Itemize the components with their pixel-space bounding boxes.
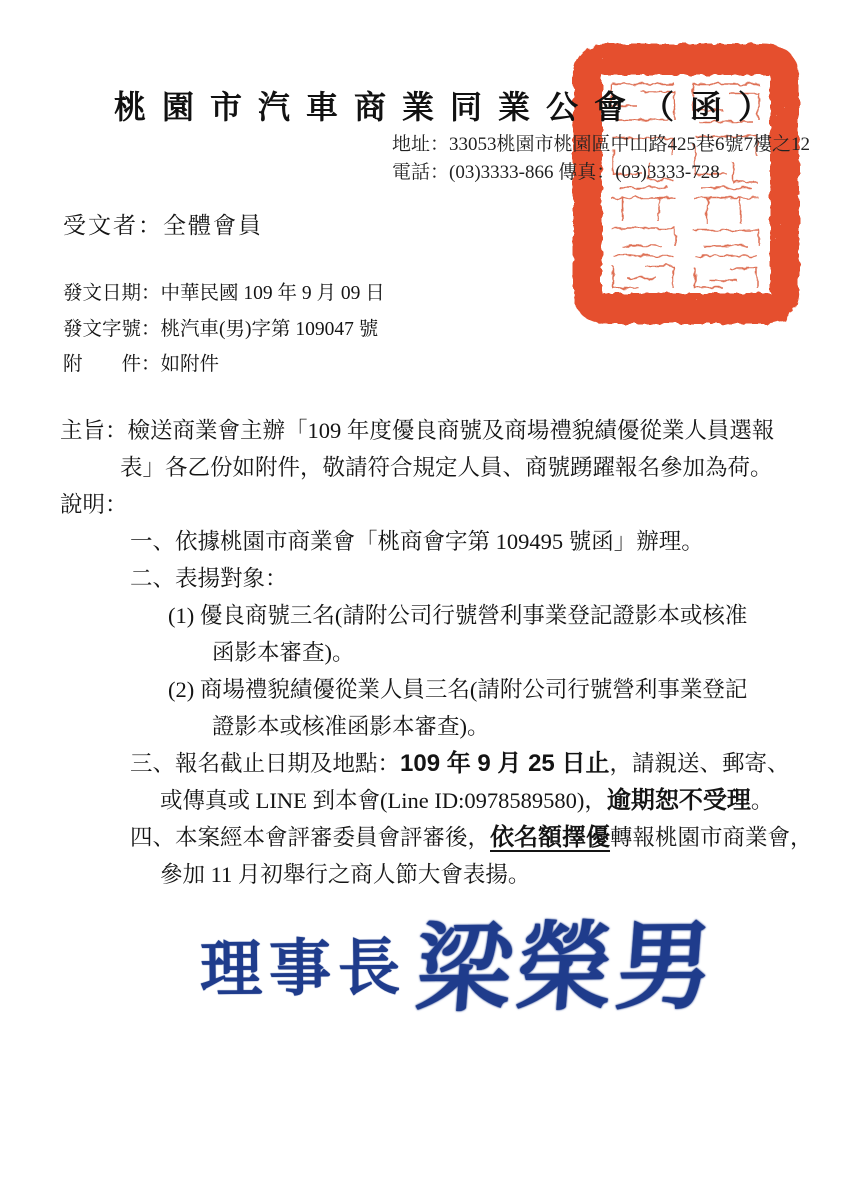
- emphasis-text: 109 年 9 月 25 日止: [400, 750, 609, 777]
- body-text: 參加 11 月初舉行之商人節大會表揚。: [160, 862, 530, 887]
- body-text: 三、報名截止日期及地點：: [130, 751, 400, 776]
- phone-fax-line: 電話：(03)3333-866 傳真：(03)3333-728: [392, 159, 810, 187]
- recipient-line: 受文者：全體會員: [63, 207, 263, 240]
- body-line: 一、依據桃園市商業會「桃商會字第 109495 號函」辦理。: [130, 523, 849, 560]
- body-line: (1) 優良商號三名(請附公司行號營利事業登記證影本或核准: [168, 597, 849, 634]
- body-line: 四、本案經本會評審委員會評審後，依名額擇優轉報桃園市商業會，: [130, 819, 849, 856]
- body-text: 證影本或核准函影本審查)。: [212, 714, 490, 739]
- body-line: (2) 商場禮貌績優從業人員三名(請附公司行號營利事業登記: [168, 671, 849, 708]
- body-line: 函影本審查)。: [212, 634, 849, 671]
- address-line: 地址：33053桃園市桃園區中山路425巷6號7樓之12: [392, 131, 810, 159]
- body-line: 三、報名截止日期及地點：109 年 9 月 25 日止，請親送、郵寄、: [130, 745, 849, 782]
- letter-body: 主旨：檢送商業會主辦「109 年度優良商號及商場禮貌績優從業人員選報表」各乙份如…: [0, 412, 849, 893]
- body-text: 說明：: [60, 492, 128, 517]
- emphasis-text: 依名額擇優: [490, 824, 610, 851]
- body-text: 主旨：檢送商業會主辦「109 年度優良商號及商場禮貌績優從業人員選報: [60, 418, 774, 443]
- meta-block: 發文日期：中華民國 109 年 9 月 09 日 發文字號：桃汽車(男)字第 1…: [63, 276, 385, 383]
- issue-date-line: 發文日期：中華民國 109 年 9 月 09 日: [63, 276, 385, 312]
- contact-block: 地址：33053桃園市桃園區中山路425巷6號7樓之12 電話：(03)3333…: [392, 131, 810, 187]
- body-line: 或傳真或 LINE 到本會(Line ID:0978589580)，逾期恕不受理…: [160, 782, 849, 819]
- body-text: ，請親送、郵寄、: [609, 751, 789, 776]
- body-text: 或傳真或 LINE 到本會(Line ID:0978589580)，: [160, 788, 607, 813]
- chairman-name: 梁榮男: [412, 890, 723, 1030]
- body-line: 二、表揚對象：: [130, 560, 849, 597]
- body-line: 說明：: [60, 486, 849, 523]
- body-text: (2) 商場禮貌績優從業人員三名(請附公司行號營利事業登記: [168, 677, 747, 702]
- body-text: 表」各乙份如附件，敬請符合規定人員、商號踴躍報名參加為荷。: [120, 455, 773, 480]
- chairman-signature-stamp: 理事長 梁榮男: [199, 890, 717, 1032]
- emphasis-text: 逾期恕不受理: [607, 787, 751, 814]
- body-line: 表」各乙份如附件，敬請符合規定人員、商號踴躍報名參加為荷。: [120, 449, 849, 486]
- body-text: 函影本審查)。: [212, 640, 355, 665]
- body-text: 轉報桃園市商業會，: [610, 825, 813, 850]
- letter-page: 桃園市汽車商業同業公會（函） 地址：33053桃園市桃園區中山路425巷6號7樓…: [0, 0, 849, 1200]
- body-text: 二、表揚對象：: [130, 566, 288, 591]
- body-line: 參加 11 月初舉行之商人節大會表揚。: [160, 856, 849, 893]
- association-title: 桃園市汽車商業同業公會（函）: [114, 82, 786, 128]
- body-line: 主旨：檢送商業會主辦「109 年度優良商號及商場禮貌績優從業人員選報: [60, 412, 849, 449]
- body-text: 四、本案經本會評審委員會評審後，: [130, 825, 490, 850]
- body-text: 。: [751, 788, 774, 813]
- doc-number-line: 發文字號：桃汽車(男)字第 109047 號: [63, 312, 385, 348]
- body-text: 一、依據桃園市商業會「桃商會字第 109495 號函」辦理。: [130, 529, 704, 554]
- attachment-line: 附 件：如附件: [63, 347, 385, 383]
- body-text: (1) 優良商號三名(請附公司行號營利事業登記證影本或核准: [168, 603, 747, 628]
- body-line: 證影本或核准函影本審查)。: [212, 708, 849, 745]
- chairman-title: 理事長: [200, 918, 408, 1009]
